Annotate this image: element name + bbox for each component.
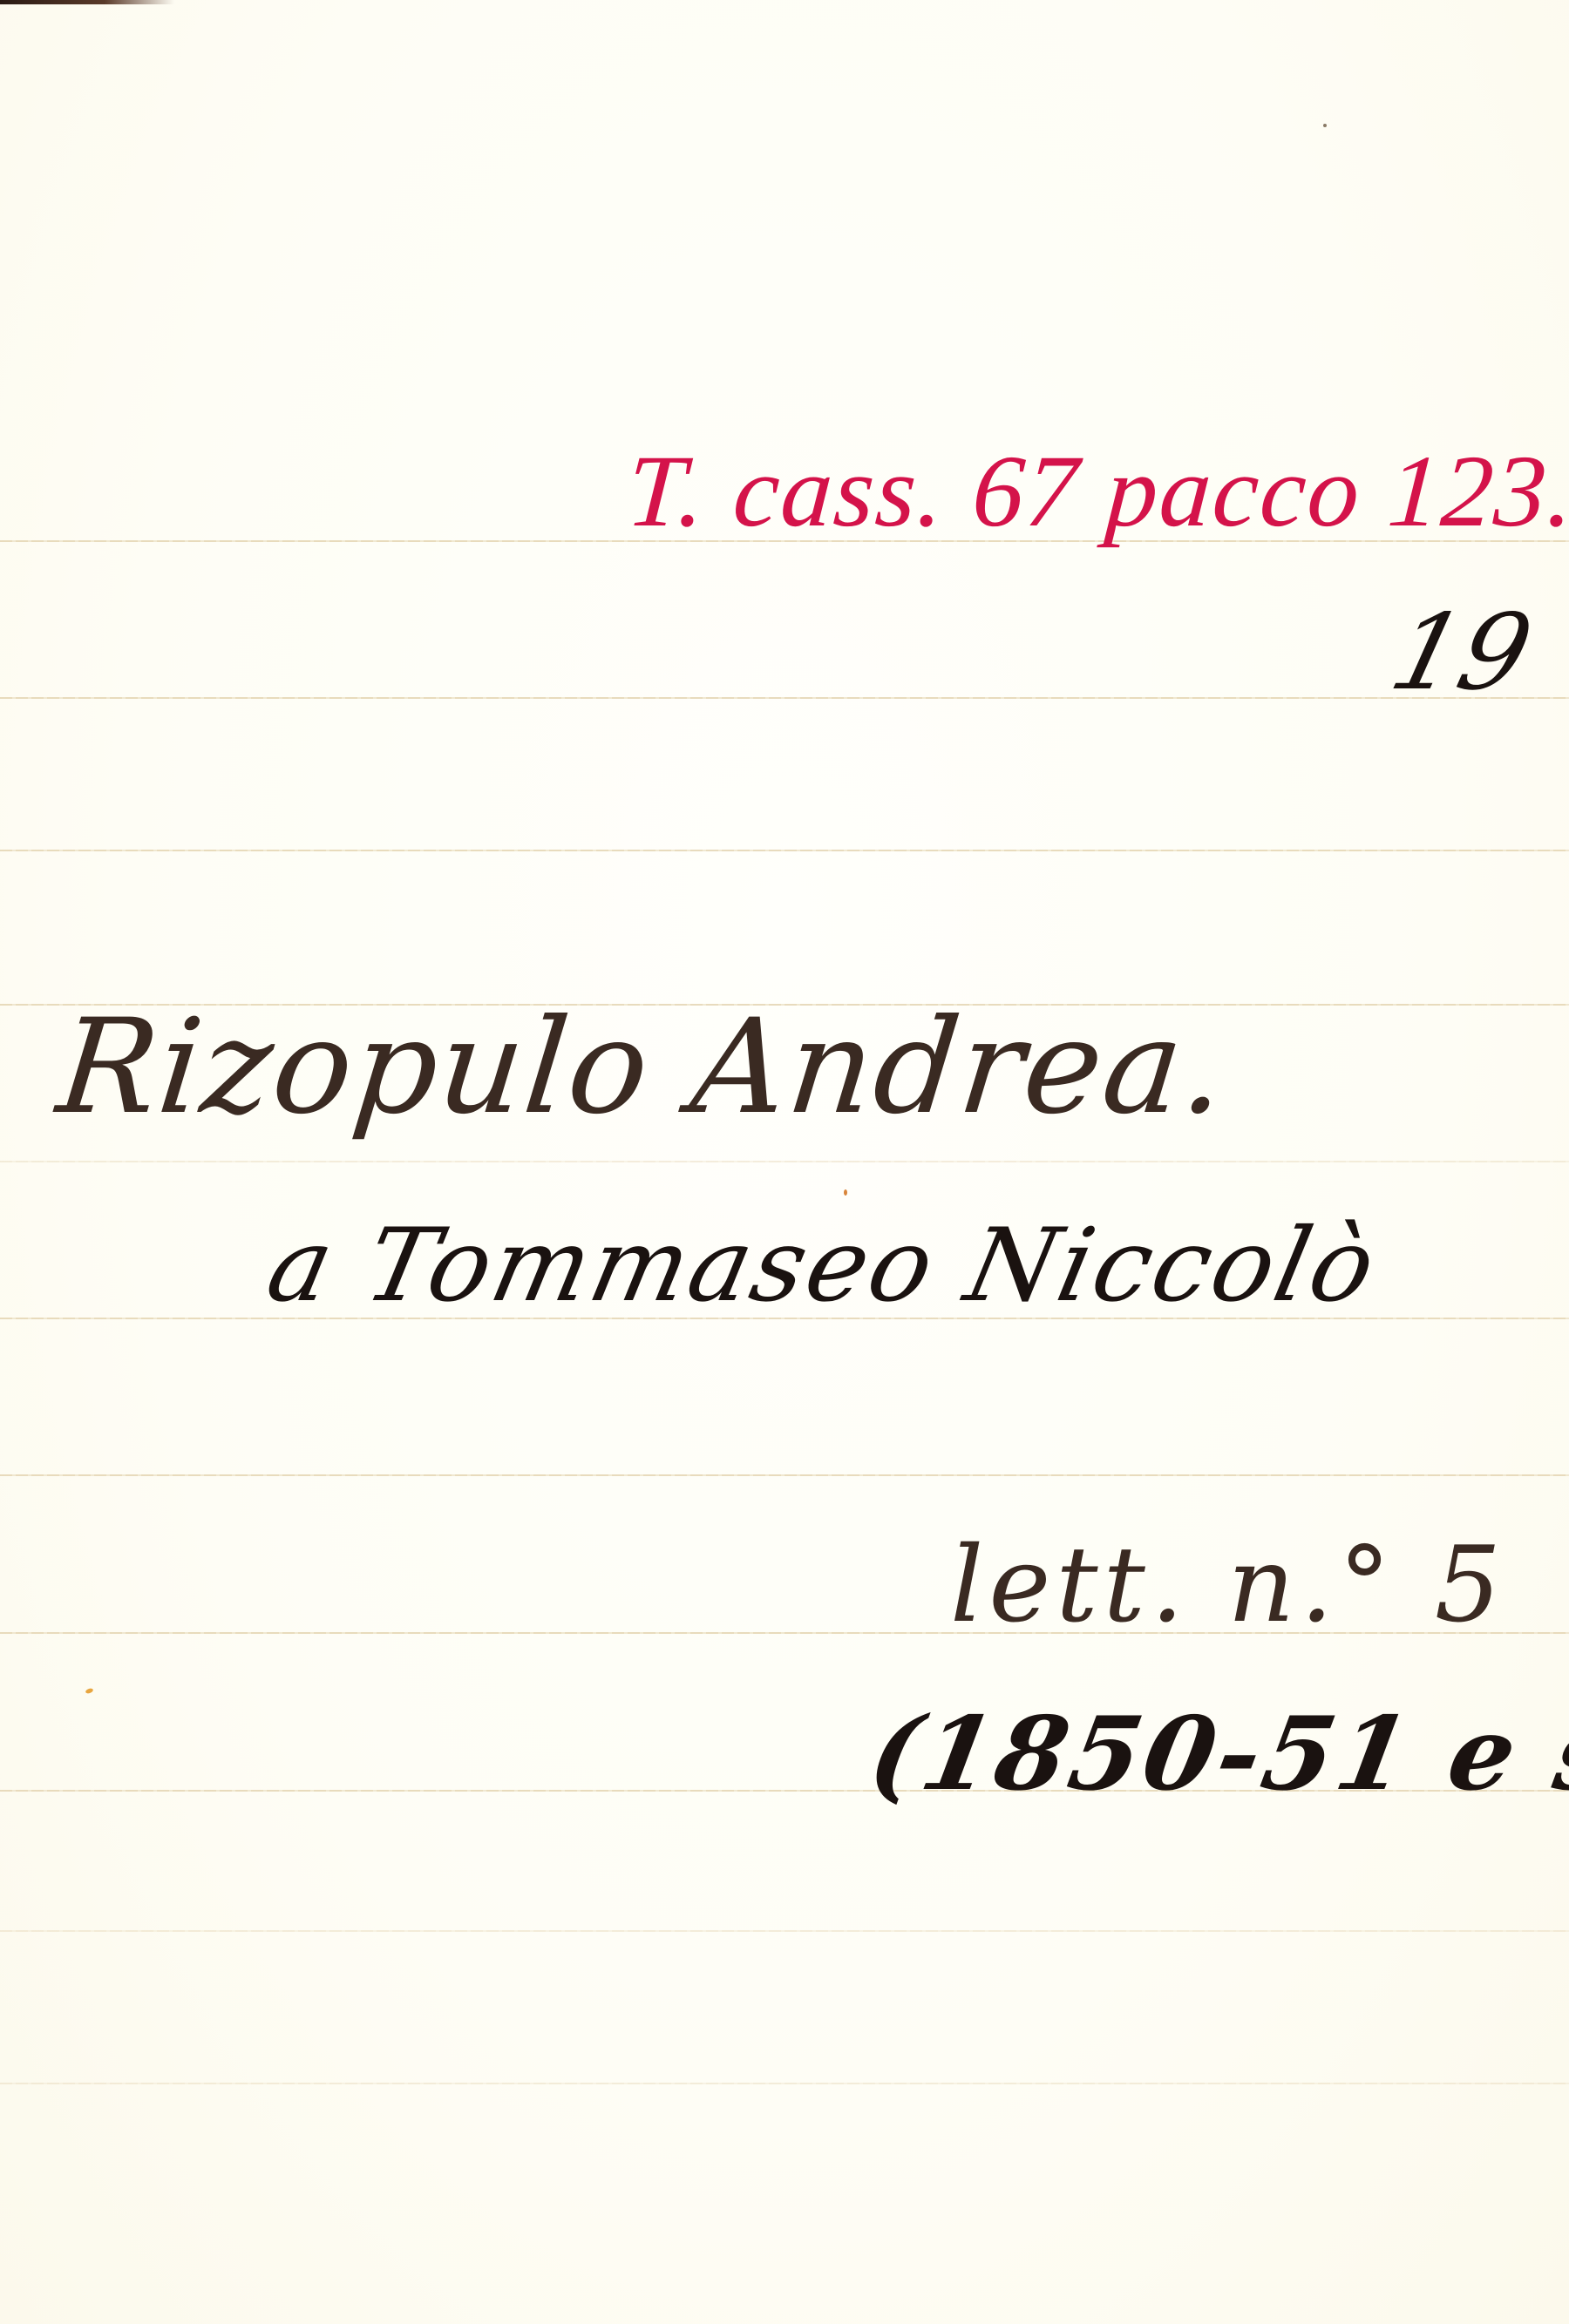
date-range: (1850-51 e s.d.) xyxy=(863,1704,1569,1805)
ink-speck xyxy=(85,1688,93,1695)
card-edge-shadow xyxy=(0,0,174,4)
recipient-name: a Tommaseo Niccolò xyxy=(260,1216,1386,1317)
letters-count: lett. n.° 5 xyxy=(950,1534,1506,1638)
ink-speck xyxy=(1323,124,1327,127)
sub-number: 19 xyxy=(1382,601,1541,706)
ruled-line xyxy=(0,1474,1569,1476)
ruled-line xyxy=(0,850,1569,851)
location-reference: T. cass. 67 pacco 123. xyxy=(624,440,1569,543)
ruled-line xyxy=(0,697,1569,699)
ruled-line xyxy=(0,1161,1569,1162)
ruled-line xyxy=(0,2083,1569,2084)
ruled-line xyxy=(0,1930,1569,1932)
ink-speck xyxy=(844,1189,847,1196)
index-card: T. cass. 67 pacco 123. 19 Rizopulo Andre… xyxy=(0,0,1569,2324)
sender-name: Rizopulo Andrea. xyxy=(52,1002,1233,1133)
